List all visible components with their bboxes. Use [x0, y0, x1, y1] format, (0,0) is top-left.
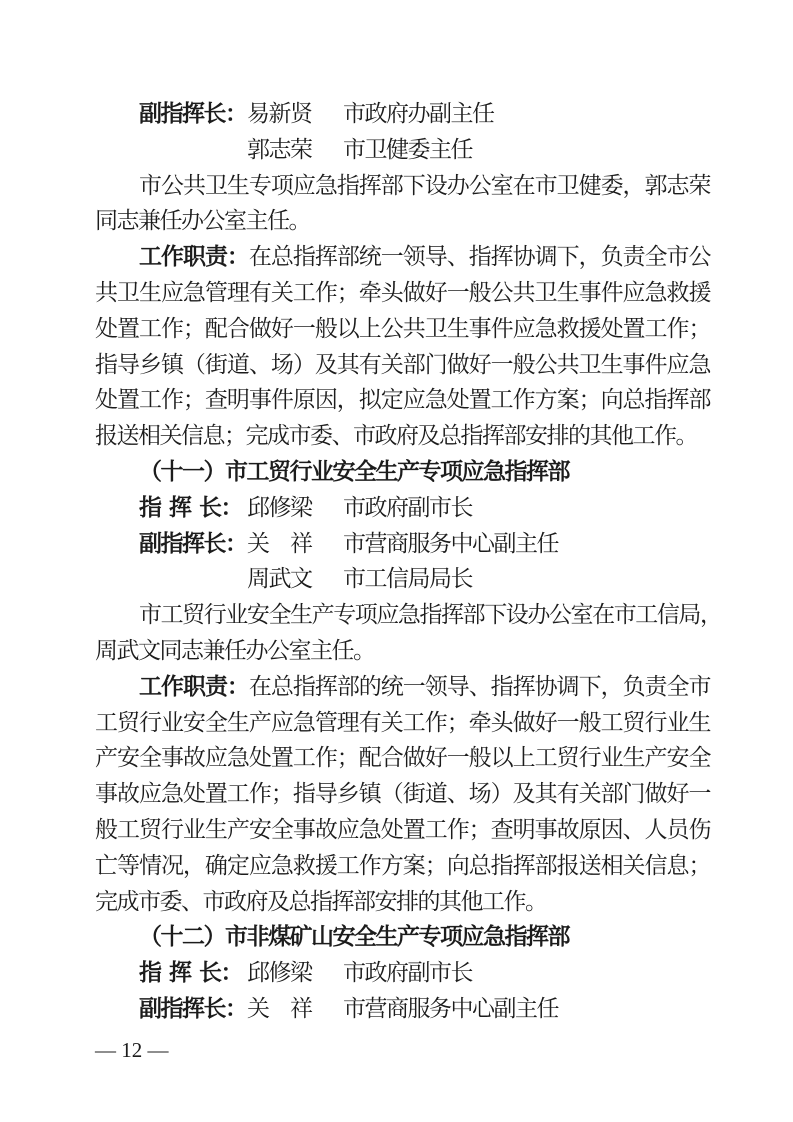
- paragraph-text: 在总指挥部统一领导、指挥协调下，负责全市公共卫生应急管理有关工作；牵头做好一般公…: [95, 244, 710, 448]
- person-name: 邱修梁: [247, 490, 343, 526]
- person-title: 市卫健委主任: [343, 137, 472, 162]
- roster-line: 副指挥长：关 祥市营商服务中心副主任: [95, 991, 710, 1027]
- person-title: 市营商服务中心副主任: [343, 996, 558, 1021]
- paragraph-text: 市公共卫生专项应急指挥部下设办公室在市卫健委，郭志荣同志兼任办公室主任。: [95, 173, 710, 234]
- paragraph-duties: 工作职责：在总指挥部统一领导、指挥协调下，负责全市公共卫生应急管理有关工作；牵头…: [95, 239, 710, 454]
- person-name: 周武文: [247, 561, 343, 597]
- roster-line: 郭志荣市卫健委主任: [95, 132, 710, 168]
- roster-line: 指 挥 长：邱修梁市政府副市长: [95, 490, 710, 526]
- duties-label: 工作职责：: [139, 244, 249, 269]
- person-name: 关 祥: [247, 991, 343, 1027]
- person-title: 市政府副市长: [343, 960, 472, 985]
- person-name: 易新贤: [247, 96, 343, 132]
- section-heading-12: （十二）市非煤矿山安全生产专项应急指挥部: [95, 919, 710, 955]
- duties-label: 工作职责：: [139, 674, 249, 699]
- person-name: 邱修梁: [247, 955, 343, 991]
- roster-block: 指 挥 长：邱修梁市政府副市长 副指挥长：关 祥市营商服务中心副主任: [95, 955, 710, 1027]
- paragraph-text: 在总指挥部的统一领导、指挥协调下，负责全市工贸行业安全生产应急管理有关工作；牵头…: [95, 674, 710, 914]
- role-label: 副指挥长：: [139, 96, 247, 132]
- roster-block: 指 挥 长：邱修梁市政府副市长 副指挥长：关 祥市营商服务中心副主任 周武文市工…: [95, 490, 710, 597]
- roster-line: 副指挥长：易新贤市政府办副主任: [95, 96, 710, 132]
- person-title: 市政府副市长: [343, 495, 472, 520]
- roster-block: 副指挥长：易新贤市政府办副主任 郭志荣市卫健委主任: [95, 96, 710, 168]
- roster-line: 周武文市工信局局长: [95, 561, 710, 597]
- person-name: 郭志荣: [247, 132, 343, 168]
- role-label: 指 挥 长：: [139, 490, 247, 526]
- role-label: 副指挥长：: [139, 526, 247, 562]
- paragraph-office-location: 市工贸行业安全生产专项应急指挥部下设办公室在市工信局， 周武文同志兼任办公室主任…: [95, 597, 710, 669]
- person-title: 市营商服务中心副主任: [343, 531, 558, 556]
- roster-line: 指 挥 长：邱修梁市政府副市长: [95, 955, 710, 991]
- page-number: — 12 —: [95, 1038, 169, 1063]
- role-label: 指 挥 长：: [139, 955, 247, 991]
- role-label: 副指挥长：: [139, 991, 247, 1027]
- document-body: 副指挥长：易新贤市政府办副主任 郭志荣市卫健委主任 市公共卫生专项应急指挥部下设…: [95, 96, 710, 1027]
- section-heading-11: （十一）市工贸行业安全生产专项应急指挥部: [95, 454, 710, 490]
- person-name: 关 祥: [247, 526, 343, 562]
- person-title: 市政府办副主任: [343, 101, 494, 126]
- paragraph-office-location: 市公共卫生专项应急指挥部下设办公室在市卫健委，郭志荣同志兼任办公室主任。: [95, 168, 710, 240]
- paragraph-duties: 工作职责：在总指挥部的统一领导、指挥协调下，负责全市工贸行业安全生产应急管理有关…: [95, 669, 710, 920]
- paragraph-text: 市工贸行业安全生产专项应急指挥部下设办公室在市工信局， 周武文同志兼任办公室主任…: [95, 602, 732, 663]
- person-title: 市工信局局长: [343, 566, 472, 591]
- document-page: 副指挥长：易新贤市政府办副主任 郭志荣市卫健委主任 市公共卫生专项应急指挥部下设…: [0, 0, 793, 1122]
- roster-line: 副指挥长：关 祥市营商服务中心副主任: [95, 526, 710, 562]
